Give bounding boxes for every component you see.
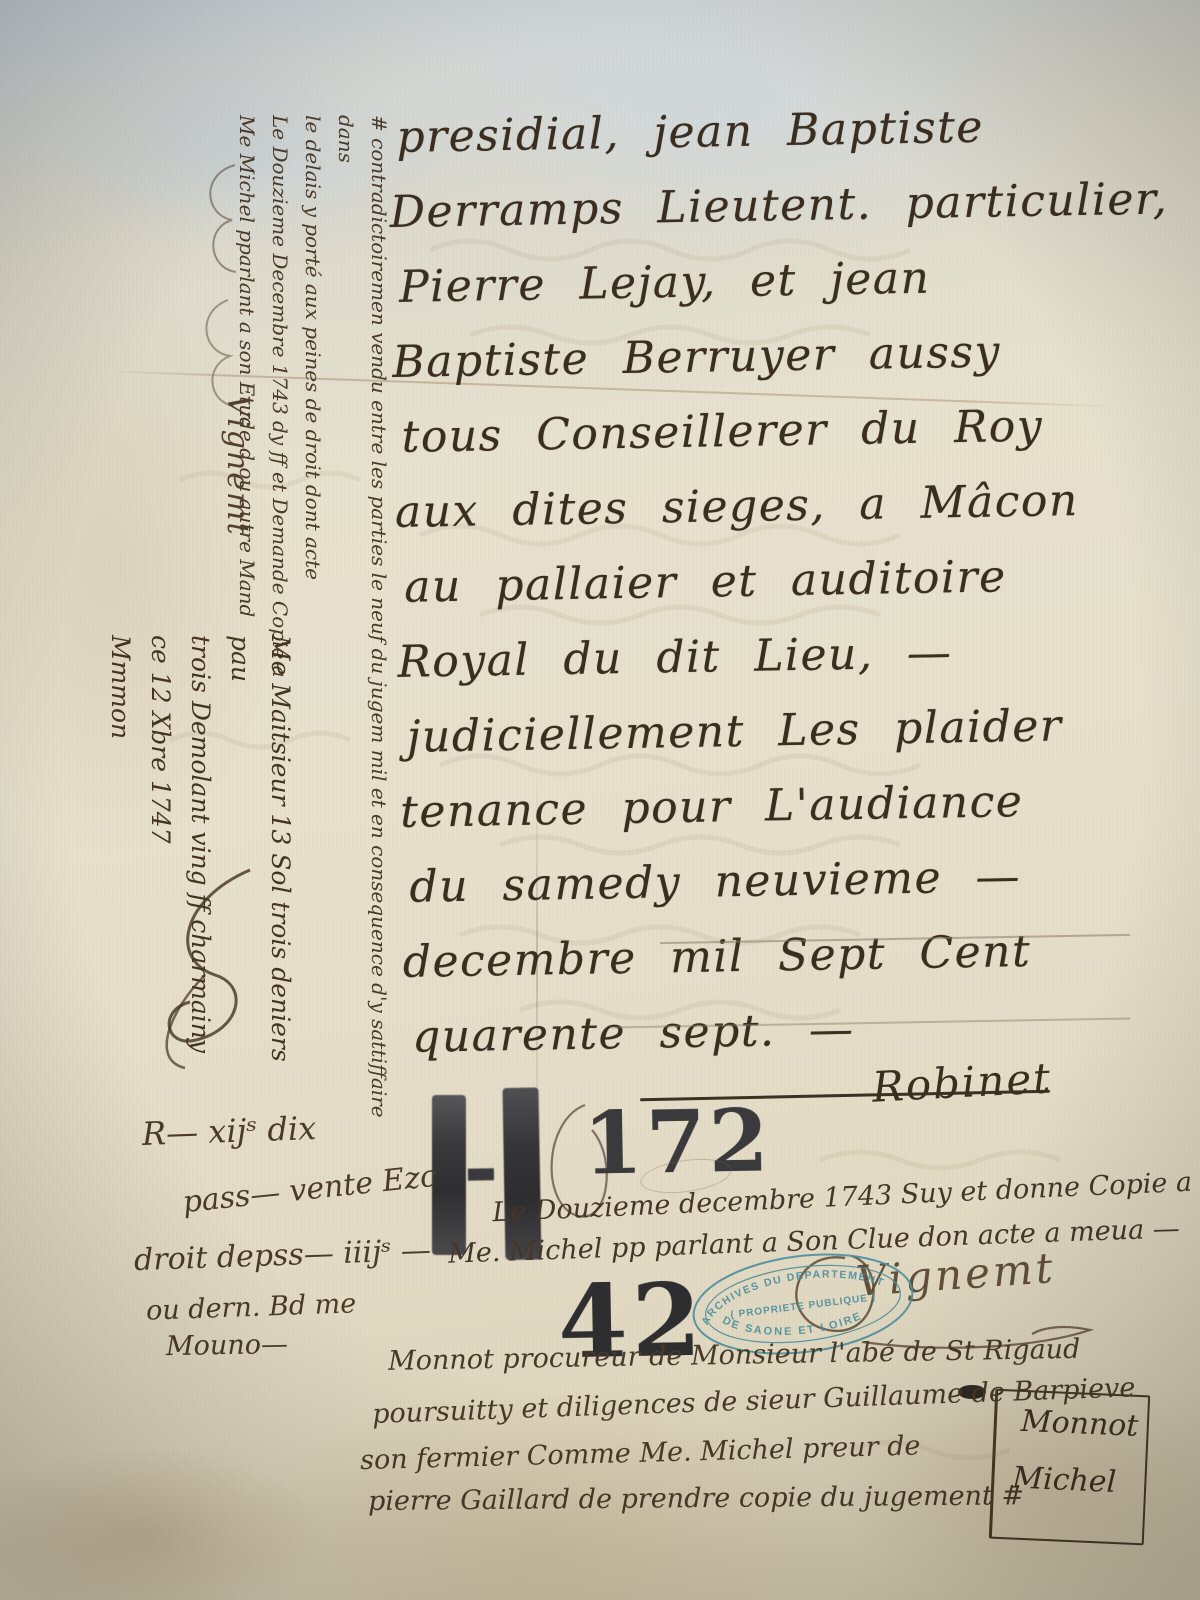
names-bracket-box: Monnot Michel [989,1389,1150,1546]
margin-line: # contradictoiremen vendu entre les part… [329,115,395,1155]
fee-note: pass— vente Ezc [181,1159,439,1220]
clerk-signature: Robinet [871,1053,1053,1111]
fee-note: droit depss— iiijˢ — [133,1233,431,1278]
stencil-H-right-bar [502,1087,541,1260]
footer-line: Monnot procureur de Monsieur l'abé de St… [388,1334,1060,1377]
photograph-of-manuscript: { "scene": { "description_colors": { "ba… [0,0,1200,1600]
footer-note-block: Monnot procureur de Monsieur l'abé de St… [360,1340,1060,1514]
body-line: au pallaier et auditoire [404,550,1097,637]
manuscript-paper: # contradictoiremen vendu entre les part… [0,0,1200,1600]
margin-lower-line: Me Maitsieur 13 Sol trois deniers pau [220,635,300,1115]
body-line: aux dites sieges, a Mâcon [395,475,1096,562]
body-line: Royal du dit Lieu, — [397,625,1098,712]
body-line: du samedy neuvieme — [409,850,1102,937]
stencil-H-left-bar [432,1095,466,1255]
fee-note: Mouno— [166,1329,288,1362]
fee-note: ou dern. Bd me [146,1288,357,1326]
fee-note: R— xijˢ dix [141,1109,316,1153]
margin-lower-line: Mmmon [100,635,140,1115]
footer-line: son fermier Comme Me. Michel preur de [360,1427,1061,1476]
margin-lower-line: trois Demolant ving ff charmainy [180,635,220,1115]
stencil-H-crossbar [468,1168,494,1180]
footer-line: poursuitty et diligences de sieur Guilla… [372,1375,1061,1430]
body-line: Pierre Lejay, et jean [399,250,1092,337]
margin-lower-block: Me Maitsieur 13 Sol trois deniers pau tr… [100,635,300,1115]
body-line: Derramps Lieutent. particulier, [389,175,1090,262]
margin-lower-line: ce 12 Xbre 1747 [140,635,180,1115]
body-line: Baptiste Berruyer aussy [392,325,1093,412]
margin-signature: Vignemt [220,395,255,675]
boxed-name: Michel [1012,1461,1145,1502]
margin-line: le delais y porté aux peines de droit do… [296,115,329,1155]
main-text-block: presidial, jean Baptiste Derramps Lieute… [388,100,1105,1087]
body-line: judiciellement Les plaider [406,700,1099,787]
body-line: tenance pour L'audiance [400,775,1101,862]
boxed-name: Monnot [1020,1404,1147,1444]
body-line: tous Conseillerer du Roy [401,400,1094,487]
footer-line: pierre Gaillard de prendre copie du juge… [368,1480,1060,1517]
body-line: presidial, jean Baptiste [396,100,1089,187]
